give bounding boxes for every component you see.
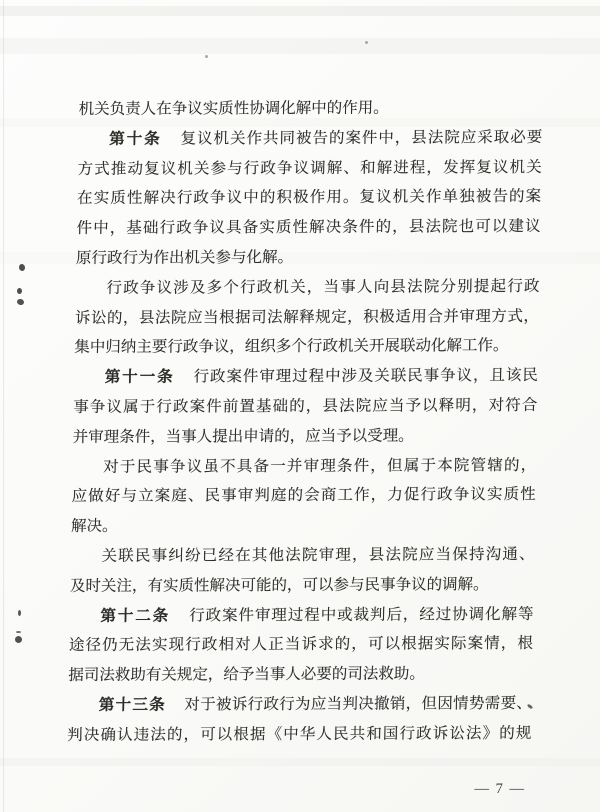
text-line: 关联民事纠纷已经在其他法院审理，县法院应当保持沟通、	[70, 540, 535, 572]
text-line: 对于民事争议虽不具备一并审理条件，但属于本院管辖的，	[72, 451, 537, 483]
text-line: 并审理条件，当事人提出申请的，应当予以受理。	[72, 421, 537, 453]
text-line: 事争议属于行政案件前置基础的，县法院应当予以释明，对符合	[73, 391, 538, 423]
text-line: 机关负责人在争议实质性协调化解中的作用。	[78, 93, 543, 125]
line-text: 关联民事纠纷已经在其他法院审理，县法院应当保持沟通、	[101, 546, 534, 565]
document-body: 机关负责人在争议实质性协调化解中的作用。第十条复议机关作共同被告的案件中，县法院…	[67, 93, 543, 751]
text-line: 原行政行为作出机关参与化解。	[76, 242, 541, 274]
scan-streak	[0, 758, 600, 766]
text-line: 第十一条行政案件审理过程中涉及关联民事争议，且该民	[74, 361, 539, 393]
article-heading: 第十三条	[99, 697, 167, 714]
line-text: 原行政行为作出机关参与化解。	[76, 249, 293, 267]
text-line: 行政争议涉及多个行政机关，当事人向县法院分别提起行政	[75, 272, 540, 304]
line-text: 对于被诉行政行为应当判决撤销，但因情势需要、	[184, 695, 532, 714]
text-line: 第十三条对于被诉行政行为应当判决撤销，但因情势需要、	[68, 689, 533, 721]
line-text: 行政案件审理过程中或裁判后，经过协调化解等	[188, 606, 534, 625]
article-heading: 第十一条	[105, 369, 175, 386]
ink-speck	[17, 288, 22, 294]
text-line: 据司法救助有关规定，给予当事人必要的司法救助。	[68, 659, 533, 691]
ink-speck	[205, 55, 208, 58]
text-line: 判决确认违法的，可以根据《中华人民共和国行政诉讼法》的规	[67, 719, 532, 751]
text-line: 解决。	[71, 510, 536, 542]
line-text: 途径仍无法实现行政相对人正当诉求的，可以根据实际案情，根	[69, 635, 533, 654]
line-text: 机关负责人在争议实质性协调化解中的作用。	[79, 100, 389, 118]
text-line: 应做好与立案庭、民事审判庭的会商工作，力促行政争议实质性	[71, 480, 536, 512]
line-text: 件中，基础行政争议具备实质性解决条件的，县法院也可以建议	[76, 218, 540, 237]
scan-streak	[0, 38, 600, 54]
text-line: 方式推动复议机关参与行政争议调解、和解进程，发挥复议机关	[77, 153, 542, 185]
line-text: 复议机关作共同被告的案件中，县法院应采取必要	[179, 129, 542, 148]
ink-speck	[16, 298, 24, 306]
line-text: 据司法救助有关规定，给予当事人必要的司法救助。	[68, 666, 425, 685]
line-text: 及时关注，有实质性解决可能的，可以参与民事争议的调解。	[70, 576, 489, 595]
line-text: 集中归纳主要行政争议，组织多个行政机关开展联动化解工作。	[74, 337, 508, 356]
article-heading: 第十条	[109, 130, 162, 147]
text-line: 第十二条行政案件审理过程中或裁判后，经过协调化解等	[69, 600, 534, 632]
text-line: 集中归纳主要行政争议，组织多个行政机关开展联动化解工作。	[74, 331, 539, 363]
line-text: 并审理条件，当事人提出申请的，应当予以受理。	[73, 427, 414, 445]
text-line: 诉讼的，县法院应当根据司法解释规定，积极适用合并审理方式，	[75, 302, 540, 334]
text-line: 件中，基础行政争议具备实质性解决条件的，县法院也可以建议	[76, 212, 541, 244]
text-line: 第十条复议机关作共同被告的案件中，县法院应采取必要	[78, 123, 543, 155]
article-heading: 第十二条	[100, 607, 170, 624]
text-line: 及时关注，有实质性解决可能的，可以参与民事争议的调解。	[70, 570, 535, 602]
ink-speck	[365, 41, 368, 44]
line-text: 行政案件审理过程中涉及关联民事争议，且该民	[192, 367, 538, 386]
page-edge-line	[3, 0, 4, 812]
text-line: 在实质性解决行政争议中的积极作用。复议机关作单独被告的案	[77, 182, 542, 214]
line-text: 诉讼的，县法院应当根据司法解释规定，积极适用合并审理方式，	[75, 308, 539, 327]
line-text: 在实质性解决行政争议中的积极作用。复议机关作单独被告的案	[77, 188, 541, 207]
text-line: 途径仍无法实现行政相对人正当诉求的，可以根据实际案情，根	[69, 629, 534, 661]
line-text: 应做好与立案庭、民事审判庭的会商工作，力促行政争议实质性	[71, 486, 535, 505]
scanned-document-page: 机关负责人在争议实质性协调化解中的作用。第十条复议机关作共同被告的案件中，县法院…	[0, 0, 600, 812]
line-text: 对于民事争议虽不具备一并审理条件，但属于本院管辖的，	[103, 457, 536, 476]
line-text: 事争议属于行政案件前置基础的，县法院应当予以释明，对符合	[73, 397, 537, 416]
page-number: — 7 —	[452, 781, 548, 798]
ink-speck	[18, 264, 25, 272]
scan-streak	[0, 6, 600, 16]
line-text: 解决。	[71, 518, 118, 535]
ink-speck	[18, 610, 21, 616]
ink-speck	[16, 631, 21, 633]
line-text: 方式推动复议机关参与行政争议调解、和解进程，发挥复议机关	[77, 159, 541, 178]
ink-speck	[14, 635, 23, 644]
line-text: 行政争议涉及多个行政机关，当事人向县法院分别提起行政	[106, 278, 539, 297]
line-text: 判决确认违法的，可以根据《中华人民共和国行政诉讼法》的规	[67, 725, 531, 744]
